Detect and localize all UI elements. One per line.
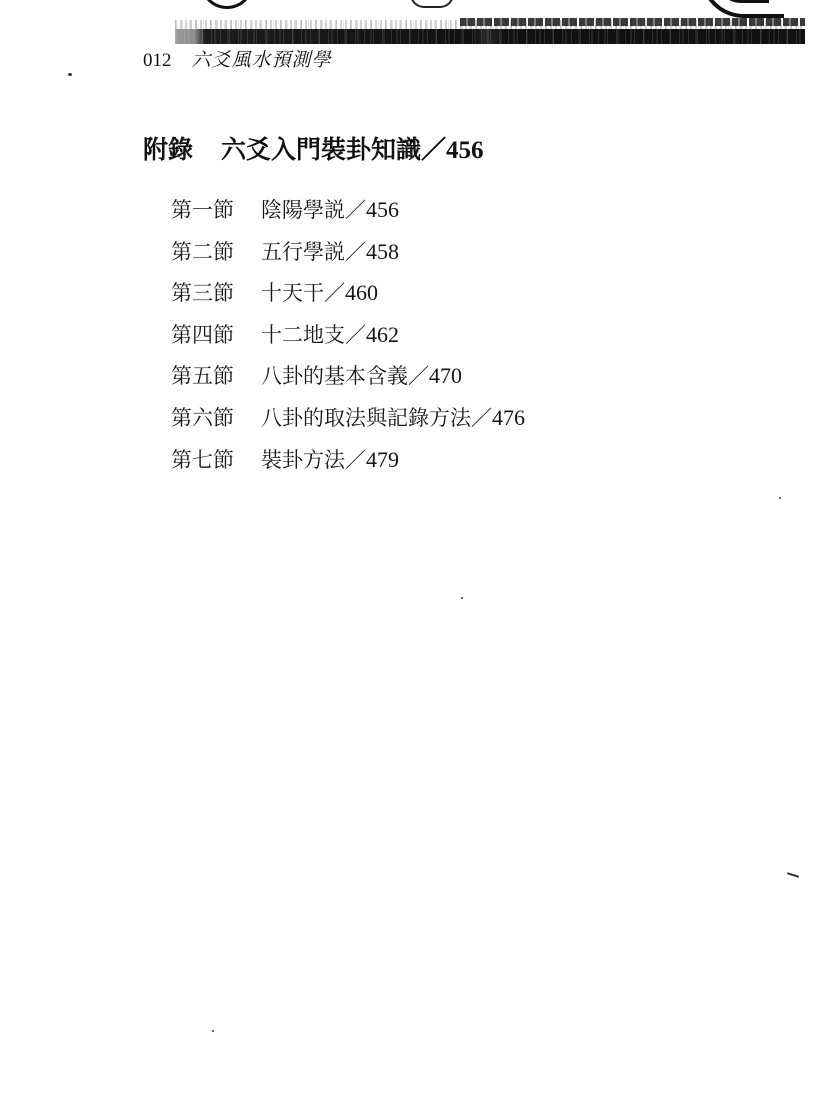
section-page: 458 (366, 239, 399, 264)
section-separator: ／ (471, 406, 492, 430)
section-separator: ／ (408, 364, 429, 388)
toc-section-7: 第七節裝卦方法／479 (171, 446, 525, 488)
section-list: 第一節陰陽學説／456 第二節五行學説／458 第三節十天干／460 第四節十二… (171, 196, 525, 487)
section-label: 第一節 (171, 196, 261, 224)
scan-speck (212, 1030, 214, 1032)
section-title: 八卦的取法與記錄方法 (261, 406, 471, 430)
toc-section-5: 第五節八卦的基本含義／470 (171, 362, 525, 404)
section-separator: ／ (345, 448, 366, 472)
toc-section-1: 第一節陰陽學説／456 (171, 196, 525, 238)
page-number: 012 (143, 50, 172, 71)
section-separator: ／ (345, 240, 366, 264)
chapter-separator: ／ (421, 135, 446, 164)
scan-stroke-mark (787, 872, 799, 878)
banner-texture-right (460, 18, 805, 26)
section-title: 五行學説 (261, 240, 345, 264)
scan-speck (461, 597, 463, 599)
toc-section-6: 第六節八卦的取法與記錄方法／476 (171, 404, 525, 446)
section-title: 八卦的基本含義 (261, 364, 408, 388)
section-label: 第五節 (171, 362, 261, 390)
section-title: 十天干 (261, 281, 324, 305)
toc-section-3: 第三節十天干／460 (171, 279, 525, 321)
scan-speck (68, 73, 72, 76)
toc-section-4: 第四節十二地支／462 (171, 321, 525, 363)
section-separator: ／ (324, 281, 345, 305)
section-separator: ／ (345, 323, 366, 347)
banner-bar (175, 29, 805, 44)
section-label: 第七節 (171, 446, 261, 474)
section-title: 陰陽學説 (261, 198, 345, 222)
section-page: 462 (366, 322, 399, 347)
section-label: 第四節 (171, 321, 261, 349)
section-page: 479 (366, 447, 399, 472)
section-title: 十二地支 (261, 323, 345, 347)
scroll-ornament-left-icon (200, 0, 254, 9)
scan-speck (779, 497, 781, 499)
section-label: 第六節 (171, 404, 261, 432)
toc-section-2: 第二節五行學説／458 (171, 238, 525, 280)
chapter-heading: 附錄六爻入門裝卦知識／456 (143, 133, 484, 168)
section-page: 476 (492, 405, 525, 430)
book-title: 六爻風水預測學 (192, 49, 332, 71)
decorative-header-banner (0, 0, 817, 46)
section-label: 第三節 (171, 279, 261, 307)
chapter-title: 六爻入門裝卦知識 (221, 135, 421, 164)
section-label: 第二節 (171, 238, 261, 266)
chapter-page: 456 (446, 137, 484, 164)
section-title: 裝卦方法 (261, 448, 345, 472)
section-page: 456 (366, 197, 399, 222)
section-separator: ／ (345, 198, 366, 222)
running-header: 012 六爻風水預測學 (143, 47, 332, 74)
scroll-ornament-middle-icon (410, 0, 454, 8)
chapter-label: 附錄 (143, 133, 193, 167)
section-page: 470 (429, 363, 462, 388)
scroll-ornament-right-icon (700, 0, 784, 18)
section-page: 460 (345, 280, 378, 305)
